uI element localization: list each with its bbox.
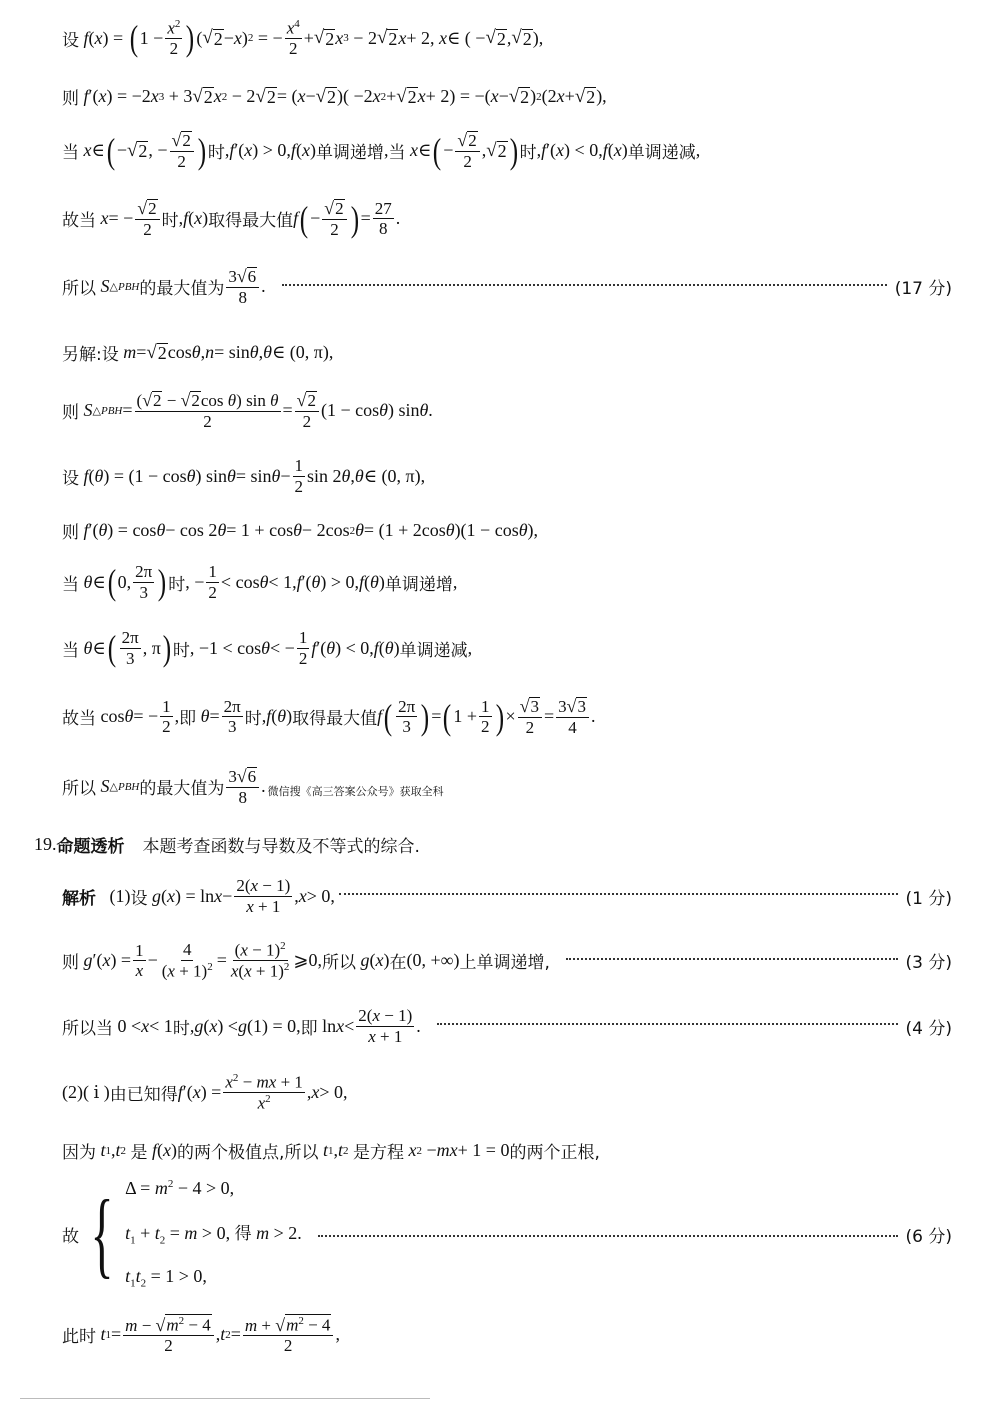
label-shi: 时 [520,138,537,163]
label-zai: 在 [389,948,406,973]
label-alt-solution: 另解: [62,340,102,365]
monotonic-intervals-x: 当 x ∈(−√2, −√22)时, f′(x) > 0, f(x)单调递增,当… [62,130,700,171]
label-given: 由已知得 [110,1080,178,1105]
solution-part1-define-g: 解析 (1)设 g(x) = ln x −2(x − 1)x + 1, x > … [62,876,952,916]
decreasing-interval-theta: 当 θ ∈(2π3, π)时, −1 < cos θ < −12f′(θ) < … [62,628,472,668]
label-ze: 则 [62,518,79,543]
solution-part2-derivative-f: (2)( ⅰ )由已知得f′(x) =x2 − mx + 1x2, x > 0, [62,1072,348,1113]
eq-derivative-f: 则 f′(x) = −2x3 + 3√2x2 − 2√2 = (x − √2)(… [62,84,607,109]
conclusion-area-max: 所以 S△PBH的最大值为3√68. (17 分) [62,266,952,307]
label-de: 得 [235,1224,252,1244]
label-gudang: 故当 [62,704,96,729]
increasing-interval-theta: 当 θ ∈(0,2π3)时, −12< cos θ < 1, f′(θ) > 0… [62,562,457,602]
solution-derivative-g: 则 g′(x) =1x−4(x + 1)2=(x − 1)2x(x + 1)2⩾… [62,940,952,981]
label-ze: 则 [62,398,79,423]
label-ji: 即 [179,704,196,729]
conclusion-area-max-alt: 所以 S△PBH的最大值为3√68.微信搜《高三答案公众号》获取全科 [62,766,444,807]
label-increasing-on: 上单调递增, [459,948,549,973]
label-suoyi: 所以 [62,274,96,299]
condition-product: t1t2 = 1 > 0, [125,1266,302,1290]
label-suoyi: 所以 [284,1138,318,1163]
label-shi: 时 [245,704,262,729]
label-increasing: 单调递增 [385,570,453,595]
dotted-leader [566,958,898,960]
label-is: 是 [131,1138,148,1163]
label-gudang: 故当 [62,206,96,231]
question-summary: 本题考查函数与导数及不等式的综合. [143,832,420,857]
solution-roots: 此时 t1 =m − √m2 − 42, t2 =m + √m2 − 42, [62,1314,340,1356]
label-max: 取得最大值 [208,206,293,231]
derivative-f-theta: 则 f′(θ) = cos θ − cos 2θ = 1 + cos θ − 2… [62,518,538,543]
label-dang: 当 [62,138,79,163]
label-suoyi: 所以 [62,774,96,799]
label-max-is: 的最大值为 [139,774,224,799]
label-dang: 当 [62,636,79,661]
solution-extreme-points: 因为 t1, t2 是 f(x)的两个极值点,所以 t1, t2 是方程 x2 … [62,1138,600,1163]
label-dang: 当 [388,138,405,163]
label-suoyi: 所以 [322,948,356,973]
condition-system: Δ = m2 − 4 > 0, t1 + t2 = m > 0, 得 m > 2… [125,1178,302,1290]
label-ji: 即 [301,1014,318,1039]
max-value-theta: 故当 cos θ = −12, 即 θ =2π3时, f(θ)取得最大值f(2π… [62,696,595,737]
score-1: (1 分) [906,884,952,909]
label-positive-roots: 的两个正根, [509,1138,599,1163]
define-f-theta: 设 f(θ) = (1 − cos θ) sin θ = sin θ −12si… [62,456,425,496]
label-shi: 时 [168,570,185,595]
condition-sum: t1 + t2 = m > 0, 得 m > 2. [125,1219,302,1247]
footer-rule [20,1398,430,1399]
label-max: 取得最大值 [292,704,377,729]
label-decreasing: 单调递减 [628,138,696,163]
label-shi: 时 [173,1014,190,1039]
label-suoyidang: 所以当 [62,1014,113,1039]
dotted-leader [282,284,887,286]
label-shi: 时 [162,206,179,231]
label-shi: 时 [208,138,225,163]
area-expression: 则 S△PBH =(√2 − √2cos θ) sin θ2=√22(1 − c… [62,390,433,431]
label-increasing: 单调递增 [316,138,384,163]
dotted-leader [437,1023,898,1025]
section-label-analysis: 命题透析 [57,832,125,857]
label-equation: 是方程 [353,1138,404,1163]
alt-solution-setup: 另解:设 m = √2cos θ, n = sin θ, θ ∈ (0, π), [62,340,333,365]
section-label-solution: 解析 [62,884,96,909]
label-because: 因为 [62,1138,96,1163]
condition-discriminant: Δ = m2 − 4 > 0, [125,1178,302,1199]
solution-inequality-ln: 所以当 0 < x < 1 时, g(x) < g(1) = 0, 即 ln x… [62,1006,952,1046]
left-brace-icon: { [91,1186,114,1282]
label-max-is: 的最大值为 [139,274,224,299]
label-shi: 时 [173,636,190,661]
question-number: 19. [34,834,57,855]
label-two-extremes: 的两个极值点, [177,1138,284,1163]
label-she: 设 [62,464,79,489]
label-she: 设 [62,26,79,51]
label-ze: 则 [62,948,79,973]
label-she: 设 [102,340,119,365]
solution-system-conditions: 故 { Δ = m2 − 4 > 0, t1 + t2 = m > 0, 得 m… [62,1178,952,1290]
label-cishi: 此时 [62,1322,96,1347]
score-6: (6 分) [906,1222,952,1247]
dotted-leader [339,893,898,895]
score-4: (4 分) [906,1014,952,1039]
dotted-leader [318,1235,898,1237]
label-gu: 故 [62,1222,79,1247]
label-ze: 则 [62,84,79,109]
question-19-header: 19. 命题透析 本题考查函数与导数及不等式的综合. [34,832,420,857]
label-dang: 当 [62,570,79,595]
eq-define-f: 设 f(x) = (1 −x22)(√2 − x)2 = −x42+ √2x3 … [62,18,543,59]
label-decreasing: 单调递减 [400,636,468,661]
max-value-fx: 故当 x = −√22时, f(x)取得最大值f(−√22)=278. [62,198,400,239]
label-she: 设 [131,884,148,909]
score-3: (3 分) [906,948,952,973]
watermark-text: 微信搜《高三答案公众号》获取全科 [268,783,444,799]
score-17: (17 分) [895,274,952,299]
